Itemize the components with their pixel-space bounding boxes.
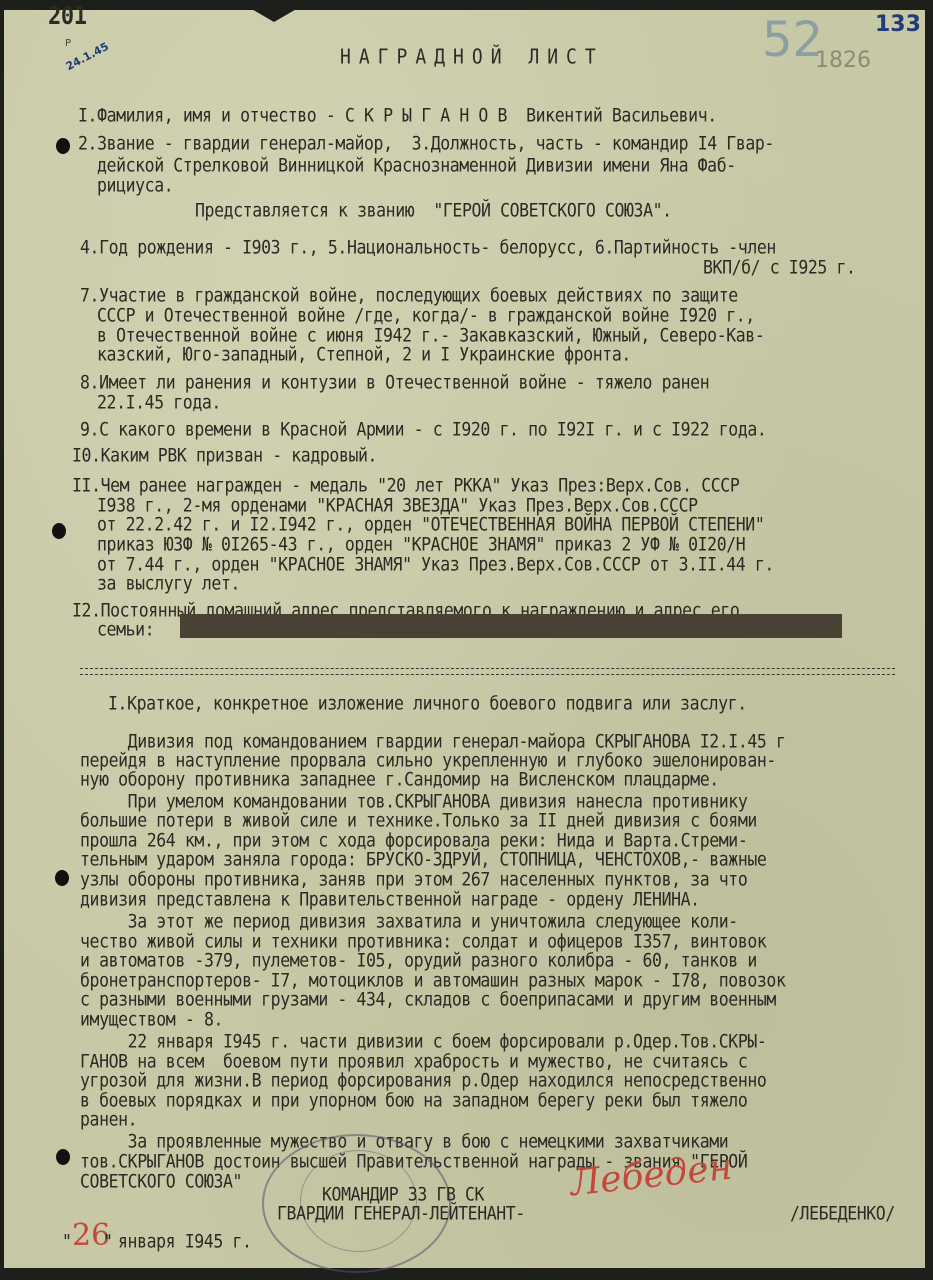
field-birth-nationality-party: ВКП/б/ с I925 г. — [703, 256, 856, 278]
presented-for-title: Представляется к званию "ГЕРОЙ СОВЕТСКОГ… — [195, 199, 672, 221]
narrative-line: в боевых порядках и при упорном бою на з… — [80, 1089, 747, 1111]
document-title: НАГРАДНОЙ ЛИСТ — [340, 45, 604, 69]
scan-border-bottom — [0, 1268, 933, 1280]
date-quote-open: " — [62, 1230, 72, 1252]
paper-notch — [236, 0, 312, 22]
field-home-address: семьи: — [97, 618, 154, 640]
field-wounds: 8.Имеет ли ранения и контузии в Отечеств… — [80, 371, 709, 393]
signatory-name: /ЛЕБЕДЕНКО/ — [790, 1202, 895, 1224]
narrative-line: СОВЕТСКОГО СОЮЗА" — [80, 1170, 242, 1192]
narrative-line: имуществом - 8. — [80, 1008, 223, 1030]
punch-hole — [56, 138, 70, 154]
field-recruitment-office: I0.Каким РВК призван - кадровый. — [72, 444, 377, 466]
narrative-line: ранен. — [80, 1108, 137, 1130]
narrative-line: 22 января I945 г. части дивизии с боем ф… — [80, 1030, 766, 1052]
field-full-name: I.Фамилия, имя и отчество - С К Р Ы Г А … — [78, 104, 717, 126]
field-rank-position: дейской Стрелковой Винницкой Краснознаме… — [97, 154, 736, 176]
punch-hole — [56, 1149, 70, 1165]
field-wounds: 22.I.45 года. — [97, 391, 221, 413]
page-number: 133 — [875, 12, 921, 37]
date-text: января I945 г. — [118, 1230, 251, 1252]
narrative-line: угрозой для жизни.В период форсирования … — [80, 1069, 766, 1091]
punch-hole — [52, 523, 66, 539]
field-previous-awards: от 22.2.42 г. и I2.I942 г., орден "ОТЕЧЕ… — [97, 513, 764, 535]
field-previous-awards: приказ ЮЗФ № 0I265-43 г., орден "КРАСНОЕ… — [97, 533, 745, 555]
field-war-participation: 7.Участие в гражданской войне, последующ… — [80, 284, 738, 306]
field-rank-position: 2.Звание - гвардии генерал-майор, 3.Долж… — [78, 132, 774, 154]
corner-mark-top: Р — [65, 38, 71, 49]
archive-number: 201 — [48, 2, 87, 31]
signatory-rank: ГВАРДИИ ГЕНЕРАЛ-ЛЕЙТЕНАНТ- — [277, 1202, 525, 1224]
narrative-line: тельным ударом заняла города: БРУСКО-ЗДР… — [80, 848, 766, 870]
field-birth-nationality-party: 4.Год рождения - I903 г., 5.Национальнос… — [80, 236, 776, 258]
redacted-address — [180, 614, 842, 638]
date-quote-close: " — [103, 1230, 113, 1252]
narrative-heading: I.Краткое, конкретное изложение личного … — [108, 692, 747, 714]
narrative-line: узлы обороны противника, заняв при этом … — [80, 868, 747, 890]
scan-border-top — [0, 0, 933, 10]
section-separator — [80, 668, 895, 675]
narrative-line: дивизия представлена к Правительственной… — [80, 888, 700, 910]
faint-page-number: 52 — [762, 12, 823, 68]
narrative-line: с разными военными грузами - 434, складо… — [80, 988, 776, 1010]
narrative-line: ную оборону противника западнее г.Сандом… — [80, 768, 719, 790]
field-war-participation: казский, Юго-западный, Степной, 2 и I Ук… — [97, 343, 631, 365]
narrative-line: большие потери в живой силе и технике.То… — [80, 809, 757, 831]
faint-register-number: 1826 — [815, 48, 871, 73]
field-rank-position: рициуса. — [97, 174, 173, 196]
field-red-army-service: 9.С какого времени в Красной Армии - с I… — [80, 418, 766, 440]
field-previous-awards: II.Чем ранее награжден - медаль "20 лет … — [72, 474, 739, 496]
scan-border-right — [925, 0, 933, 1280]
punch-hole — [55, 870, 69, 886]
narrative-line: и автоматов -379, пулеметов- I05, орудий… — [80, 949, 757, 971]
field-previous-awards: за выслугу лет. — [97, 572, 240, 594]
field-war-participation: СССР и Отечественной войне /где, когда/-… — [97, 304, 755, 326]
narrative-line: За этот же период дивизия захватила и ун… — [80, 910, 738, 932]
